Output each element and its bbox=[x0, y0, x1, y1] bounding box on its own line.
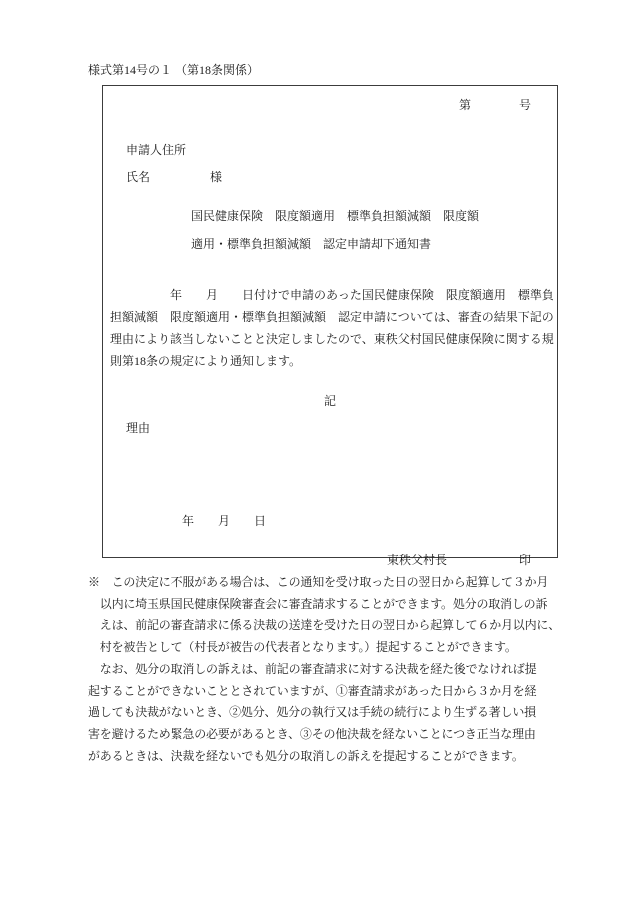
note-line-3: えは、前記の審査請求に係る決裁の送達を受けた日の翌日から起算して６か月以内に、 bbox=[88, 615, 588, 637]
seal-mark: 印 bbox=[519, 553, 531, 567]
issuer-title: 東秩父村長 bbox=[387, 553, 447, 567]
reason-label: 理由 bbox=[126, 420, 150, 436]
note-line-9: があるときは、決裁を経ないでも処分の取消しの訴えを提起することができます。 bbox=[88, 746, 588, 768]
note-line-8: 害を避けるため緊急の必要があるとき、③その他決裁を経ないことにつき正当な理由 bbox=[88, 724, 588, 746]
applicant-name-line: 氏名 様 bbox=[126, 169, 222, 185]
notice-border-box: 第 号 申請人住所 氏名 様 国民健康保険 限度額適用 標準負担額減額 限度額 … bbox=[102, 85, 558, 558]
appeal-note-section: ※ この決定に不服がある場合は、この通知を受け取った日の翌日から起算して３か月 … bbox=[88, 572, 588, 767]
issue-date-line: 年 月 日 bbox=[182, 513, 266, 529]
ki-heading: 記 bbox=[103, 393, 557, 409]
notice-body-line-1: 年 月 日付けで申請のあった国民健康保険 限度額適用 標準負 bbox=[110, 284, 554, 306]
notice-title-line-2: 適用・標準負担額減額 認定申請却下通知書 bbox=[191, 230, 479, 258]
note-line-6: 起することができないこととされていますが、①審査請求があった日から３か月を経 bbox=[88, 681, 588, 703]
notice-body-line-2: 担額減額 限度額適用・標準負担額減額 認定申請については、審査の結果下記の bbox=[110, 306, 554, 328]
notice-body: 年 月 日付けで申請のあった国民健康保険 限度額適用 標準負 担額減額 限度額適… bbox=[110, 284, 554, 372]
applicant-address-label: 申請人住所 bbox=[126, 142, 186, 158]
note-line-7: 過しても決裁がないとき、②処分、処分の執行又は手続の続行により生ずる著しい損 bbox=[88, 702, 588, 724]
form-number-label: 様式第14号の１ （第18条関係） bbox=[88, 62, 259, 78]
note-line-1: ※ この決定に不服がある場合は、この通知を受け取った日の翌日から起算して３か月 bbox=[88, 572, 588, 594]
note-line-2: 以内に埼玉県国民健康保険審査会に審査請求することができます。処分の取消しの訴 bbox=[88, 594, 588, 616]
notice-title-line-1: 国民健康保険 限度額適用 標準負担額減額 限度額 bbox=[191, 202, 479, 230]
document-number: 第 号 bbox=[103, 97, 531, 113]
notice-body-line-4: 則第18条の規定により通知します。 bbox=[110, 350, 554, 372]
note-line-5: なお、処分の取消しの訴えは、前記の審査請求に対する決裁を経た後でなければ提 bbox=[88, 659, 588, 681]
note-line-4: 村を被告として（村長が被告の代表者となります。）提起することができます。 bbox=[88, 637, 588, 659]
notice-body-line-3: 理由により該当しないことと決定しましたので、東秩父村国民健康保険に関する規 bbox=[110, 328, 554, 350]
document-page: 様式第14号の１ （第18条関係） 第 号 申請人住所 氏名 様 国民健康保険 … bbox=[0, 0, 630, 903]
notice-title: 国民健康保険 限度額適用 標準負担額減額 限度額 適用・標準負担額減額 認定申請… bbox=[191, 202, 479, 258]
